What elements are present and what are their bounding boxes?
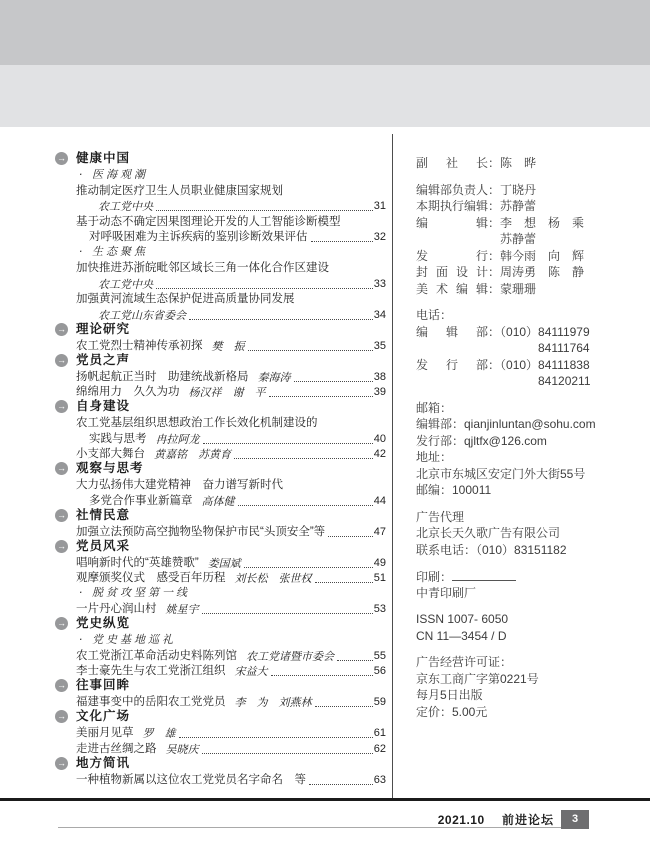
- masthead-colon: ：: [488, 325, 500, 339]
- toc-entry-title: 观摩颁奖仪式 感受百年历程: [76, 572, 226, 585]
- masthead-label: 发行: [416, 248, 488, 265]
- footer-journal-name: 前进论坛: [502, 813, 554, 827]
- toc-page-number: 33: [374, 278, 386, 291]
- toc-page-number: 56: [374, 665, 386, 678]
- masthead-continuation: 84120211: [416, 373, 606, 390]
- toc-entry: 观摩颁奖仪式 感受百年历程刘长松 张世权51: [55, 570, 386, 586]
- toc-section-header: →观察与思考: [55, 461, 386, 477]
- toc-entry-author: 吴晓庆: [166, 743, 199, 756]
- toc-entry: 推动制定医疗卫生人员职业健康国家规划: [55, 182, 386, 198]
- toc-entry-author: 宋益大: [235, 665, 268, 678]
- toc-entry: 一片丹心润山村姚星宇53: [55, 601, 386, 617]
- masthead-line: 联系电话：（010）83151182: [416, 542, 606, 559]
- toc-section-header: →党员风采: [55, 539, 386, 555]
- blank-underline: [452, 568, 516, 581]
- dot-leader: [311, 241, 373, 242]
- masthead-line: 广告代理: [416, 509, 606, 526]
- toc-entry: 大力弘扬伟大建党精神 奋力谱写新时代: [55, 477, 386, 493]
- arrow-right-circle-icon: →: [55, 710, 68, 723]
- masthead-line: 广告经营许可证：: [416, 654, 606, 671]
- toc-entry-title: 一种植物新属以这位农工党党员名字命名 等: [76, 774, 306, 787]
- toc-entry-title: 基于动态不确定因果图理论开发的人工智能诊断模型: [76, 216, 341, 229]
- toc-entry-author: 黄嘉铭 苏黄育: [154, 448, 231, 461]
- toc-entry-title: 扬帆起航正当时 助建统战新格局: [76, 371, 249, 384]
- masthead-value: 李 想 杨 乘: [500, 216, 584, 230]
- masthead-line: 北京长天久歌广告有限公司: [416, 525, 606, 542]
- toc-section-header: →理论研究: [55, 322, 386, 338]
- toc-entry-title: 福建事变中的岳阳农工党党员: [76, 696, 226, 709]
- masthead-colon: ：: [488, 199, 500, 213]
- toc-entry: 对呼吸困难为主诉疾病的鉴别诊断效果评估32: [55, 229, 386, 245]
- arrow-right-circle-icon: →: [55, 152, 68, 165]
- toc-entry-author: 冉拉阿龙: [156, 433, 200, 446]
- arrow-right-circle-icon: →: [55, 679, 68, 692]
- masthead-colon: ：: [488, 282, 500, 296]
- toc-page-number: 59: [374, 696, 386, 709]
- masthead-group: 电话：编辑部：（010）8411197984111764发行部：（010）841…: [416, 307, 606, 390]
- toc-entry-title: 农工党浙江革命活动史料陈列馆: [76, 650, 237, 663]
- masthead-value: 苏静蕾: [500, 199, 536, 213]
- toc-page-number: 44: [374, 495, 386, 508]
- dot-leader: [328, 536, 373, 537]
- toc-list: →健康中国· 医海观潮推动制定医疗卫生人员职业健康国家规划农工党中央31基于动态…: [55, 151, 386, 787]
- toc-section-header: →社情民意: [55, 508, 386, 524]
- toc-entry-author: 樊 振: [212, 340, 245, 353]
- toc-section-header: →地方简讯: [55, 756, 386, 772]
- toc-entry-title: 走进古丝绸之路: [76, 743, 157, 756]
- masthead-value: 蒙珊珊: [500, 282, 536, 296]
- masthead-label: 编辑: [416, 215, 488, 232]
- masthead-group: 印刷：中青印刷厂: [416, 568, 606, 601]
- masthead-column: 副社长：陈 晔编辑部负责人：丁晓丹本期执行编辑：苏静蕾编辑：李 想 杨 乘苏静蕾…: [416, 155, 606, 730]
- masthead-value: 韩今雨 向 辉: [500, 249, 584, 263]
- toc-entry: 农工党浙江革命活动史料陈列馆农工党诸暨市委会55: [55, 647, 386, 663]
- masthead-line: 副社长：陈 晔: [416, 155, 606, 172]
- masthead-value: 丁晓丹: [500, 183, 536, 197]
- masthead-line: 电话：: [416, 307, 606, 324]
- toc-subsection: · 医海观潮: [55, 167, 386, 183]
- dot-leader: [179, 737, 373, 738]
- toc-section-label: 往事回眸: [76, 679, 130, 692]
- toc-entry-author: 农工党中央: [98, 200, 153, 213]
- dot-leader: [202, 613, 373, 614]
- toc-section-header: →党史纵览: [55, 616, 386, 632]
- masthead-line: 封面设计：周涛勇 陈 静: [416, 264, 606, 281]
- toc-page-number: 55: [374, 650, 386, 663]
- masthead-label: 封面设计: [416, 264, 488, 281]
- dot-leader: [238, 505, 373, 506]
- dot-leader: [234, 458, 373, 459]
- toc-entry: 一种植物新属以这位农工党党员名字命名 等63: [55, 771, 386, 787]
- toc-entry-author: 李 为 刘燕林: [235, 696, 312, 709]
- toc-section-label: 党员风采: [76, 540, 130, 553]
- toc-entry: 多党合作事业新篇章高体健44: [55, 492, 386, 508]
- toc-entry: 走进古丝绸之路吴晓庆62: [55, 740, 386, 756]
- toc-entry: 绵绵用力 久久为功杨汉祥 谢 平39: [55, 384, 386, 400]
- toc-entry: 实践与思考冉拉阿龙40: [55, 430, 386, 446]
- arrow-right-circle-icon: →: [55, 323, 68, 336]
- toc-entry: 福建事变中的岳阳农工党党员李 为 刘燕林59: [55, 694, 386, 710]
- toc-entry: 加快推进苏浙皖毗邻区域长三角一体化合作区建设: [55, 260, 386, 276]
- dot-leader: [189, 319, 373, 320]
- masthead-colon: ：: [488, 249, 500, 263]
- toc-entry-title: 实践与思考: [89, 433, 147, 446]
- masthead-colon: ：: [488, 358, 500, 372]
- toc-entry-author: 姚星宇: [166, 603, 199, 616]
- dot-leader: [156, 210, 373, 211]
- toc-page-number: 63: [374, 774, 386, 787]
- masthead-label: 本期执行编辑: [416, 198, 488, 215]
- toc-section-label: 健康中国: [76, 152, 130, 165]
- toc-page-number: 39: [374, 386, 386, 399]
- masthead-colon: ：: [488, 216, 500, 230]
- dot-leader: [269, 396, 373, 397]
- toc-section-label: 社情民意: [76, 509, 130, 522]
- toc-page-number: 51: [374, 572, 386, 585]
- toc-page-number: 34: [374, 309, 386, 322]
- masthead-group: ISSN 1007- 6050CN 11—3454 / D: [416, 611, 606, 644]
- toc-entry-author: 农工党中央: [98, 278, 153, 291]
- masthead-value: 周涛勇 陈 静: [500, 265, 584, 279]
- toc-entry-author: 刘长松 张世权: [235, 572, 312, 585]
- masthead-line: 编辑：李 想 杨 乘: [416, 215, 606, 232]
- toc-entry: 农工党烈士精神传承初探樊 振35: [55, 337, 386, 353]
- masthead-colon: ：: [488, 265, 500, 279]
- dot-leader: [203, 443, 373, 444]
- arrow-right-circle-icon: →: [55, 354, 68, 367]
- toc-entry-author: 罗 雄: [143, 727, 176, 740]
- dot-leader: [202, 753, 373, 754]
- toc-section-label: 文化广场: [76, 710, 130, 723]
- toc-page-number: 49: [374, 557, 386, 570]
- toc-page-number: 62: [374, 743, 386, 756]
- toc-entry: 加强黄河流域生态保护促进高质量协同发展: [55, 291, 386, 307]
- toc-entry-title: 对呼吸困难为主诉疾病的鉴别诊断效果评估: [89, 231, 308, 244]
- masthead-label: 编辑部负责人: [416, 182, 488, 199]
- footer-issue: 2021.10: [438, 813, 485, 827]
- toc-entry-title: 农工党烈士精神传承初探: [76, 340, 203, 353]
- dot-leader: [248, 350, 373, 351]
- toc-entry: 农工党中央31: [55, 198, 386, 214]
- toc-entry-author: 娄国斌: [208, 557, 241, 570]
- dot-leader: [294, 381, 373, 382]
- toc-entry: 美丽月见草罗 雄61: [55, 725, 386, 741]
- toc-section-label: 党员之声: [76, 354, 130, 367]
- toc-page-number: 32: [374, 231, 386, 244]
- masthead-value: （010）84111979: [500, 325, 590, 339]
- masthead-group: 编辑部负责人：丁晓丹本期执行编辑：苏静蕾编辑：李 想 杨 乘苏静蕾发行：韩今雨 …: [416, 182, 606, 298]
- masthead-line: 邮箱：: [416, 400, 606, 417]
- masthead-value: （010）84111838: [500, 358, 590, 372]
- toc-page-number: 53: [374, 603, 386, 616]
- masthead-label: 编辑部: [416, 324, 488, 341]
- masthead-line: 中青印刷厂: [416, 585, 606, 602]
- arrow-right-circle-icon: →: [55, 509, 68, 522]
- masthead-line: 发行部：qjltfx@126.com: [416, 433, 606, 450]
- dot-leader: [315, 706, 373, 707]
- toc-entry-title: 唱响新时代的“英雄赞歌”: [76, 557, 199, 570]
- toc-entry: 农工党中央33: [55, 275, 386, 291]
- masthead-value: 陈 晔: [500, 156, 536, 170]
- toc-entry: 加强立法预防高空抛物坠物保护市民“头顶安全”等47: [55, 523, 386, 539]
- masthead-line: 编辑部：（010）84111979: [416, 324, 606, 341]
- arrow-right-circle-icon: →: [55, 400, 68, 413]
- magazine-toc-page: →健康中国· 医海观潮推动制定医疗卫生人员职业健康国家规划农工党中央31基于动态…: [0, 0, 650, 863]
- footer-text: 2021.10 前进论坛: [256, 811, 554, 828]
- masthead-line: 定价：5.00元: [416, 704, 606, 721]
- toc-entry-title: 一片丹心润山村: [76, 603, 157, 616]
- masthead-line: 编辑部负责人：丁晓丹: [416, 182, 606, 199]
- masthead-continuation: 苏静蕾: [416, 231, 606, 248]
- toc-section-label: 地方简讯: [76, 757, 130, 770]
- toc-entry-title: 加快推进苏浙皖毗邻区域长三角一体化合作区建设: [76, 262, 329, 275]
- header-band-light: [0, 65, 650, 127]
- dot-leader: [156, 288, 373, 289]
- toc-entry-title: 多党合作事业新篇章: [89, 495, 193, 508]
- toc-section-label: 理论研究: [76, 323, 130, 336]
- toc-section-label: 观察与思考: [76, 462, 144, 475]
- header-band-dark: [0, 0, 650, 65]
- masthead-line: ISSN 1007- 6050: [416, 611, 606, 628]
- toc-entry: 基于动态不确定因果图理论开发的人工智能诊断模型: [55, 213, 386, 229]
- toc-entry-title: 李士豪先生与农工党浙江组织: [76, 665, 226, 678]
- toc-page-number: 35: [374, 340, 386, 353]
- toc-entry-author: 农工党山东省委会: [98, 309, 186, 322]
- toc-entry: 唱响新时代的“英雄赞歌”娄国斌49: [55, 554, 386, 570]
- arrow-right-circle-icon: →: [55, 757, 68, 770]
- toc-section-header: →文化广场: [55, 709, 386, 725]
- toc-entry-title: 加强黄河流域生态保护促进高质量协同发展: [76, 293, 295, 306]
- toc-entry-title: 大力弘扬伟大建党精神 奋力谱写新时代: [76, 479, 283, 492]
- bottom-rule: [0, 798, 650, 801]
- toc-entry-title: 小支部大舞台: [76, 448, 145, 461]
- masthead-colon: ：: [488, 156, 500, 170]
- masthead-label: 副社长: [416, 155, 488, 172]
- toc-page-number: 42: [374, 448, 386, 461]
- dot-leader: [244, 567, 373, 568]
- masthead-line: 发行部：（010）84111838: [416, 357, 606, 374]
- toc-subsection: · 生态聚焦: [55, 244, 386, 260]
- masthead-continuation: 84111764: [416, 340, 606, 357]
- masthead-line: 北京市东城区安定门外大街55号: [416, 466, 606, 483]
- toc-entry-title: 加强立法预防高空抛物坠物保护市民“头顶安全”等: [76, 526, 325, 539]
- toc-entry: 农工党山东省委会34: [55, 306, 386, 322]
- toc-section-header: →往事回眸: [55, 678, 386, 694]
- dot-leader: [337, 660, 373, 661]
- toc-section-label: 党史纵览: [76, 617, 130, 630]
- toc-section-header: →健康中国: [55, 151, 386, 167]
- masthead-line: 每月5日出版: [416, 687, 606, 704]
- page-number-badge: 3: [561, 810, 589, 829]
- toc-page-number: 38: [374, 371, 386, 384]
- toc-subsection: · 党史基地巡礼: [55, 632, 386, 648]
- toc-section-header: →自身建设: [55, 399, 386, 415]
- masthead-colon: ：: [488, 183, 500, 197]
- toc-page-number: 61: [374, 727, 386, 740]
- toc-entry: 扬帆起航正当时 助建统战新格局秦海涛38: [55, 368, 386, 384]
- masthead-line: 编辑部：qianjinluntan@sohu.com: [416, 416, 606, 433]
- toc-entry-title: 绵绵用力 久久为功: [76, 386, 180, 399]
- masthead-label: 发行部: [416, 357, 488, 374]
- toc-entry: 李士豪先生与农工党浙江组织宋益大56: [55, 663, 386, 679]
- masthead-line: 美术编辑：蒙珊珊: [416, 281, 606, 298]
- arrow-right-circle-icon: →: [55, 540, 68, 553]
- toc-entry-author: 秦海涛: [258, 371, 291, 384]
- toc-section-header: →党员之声: [55, 353, 386, 369]
- toc-entry-author: 高体健: [202, 495, 235, 508]
- masthead-line: 印刷：: [416, 568, 606, 585]
- masthead-group: 邮箱：编辑部：qianjinluntan@sohu.com发行部：qjltfx@…: [416, 400, 606, 499]
- masthead-line: CN 11—3454 / D: [416, 628, 606, 645]
- masthead-label: 美术编辑: [416, 281, 488, 298]
- masthead-group: 广告经营许可证：京东工商广字第0221号每月5日出版定价：5.00元: [416, 654, 606, 720]
- dot-leader: [309, 784, 373, 785]
- masthead-line: 本期执行编辑：苏静蕾: [416, 198, 606, 215]
- toc-page-number: 40: [374, 433, 386, 446]
- toc-subsection: · 脱贫攻坚第一线: [55, 585, 386, 601]
- dot-leader: [315, 582, 373, 583]
- toc-entry-title: 推动制定医疗卫生人员职业健康国家规划: [76, 185, 283, 198]
- toc-entry: 小支部大舞台黄嘉铭 苏黄育42: [55, 446, 386, 462]
- dot-leader: [271, 675, 373, 676]
- masthead-line: 邮编：100011: [416, 482, 606, 499]
- toc-section-label: 自身建设: [76, 400, 130, 413]
- masthead-line: 京东工商广字第0221号: [416, 671, 606, 688]
- toc-entry-author: 杨汉祥 谢 平: [189, 386, 266, 399]
- toc-page-number: 47: [374, 526, 386, 539]
- arrow-right-circle-icon: →: [55, 617, 68, 630]
- masthead-group: 副社长：陈 晔: [416, 155, 606, 172]
- toc-entry-title: 美丽月见草: [76, 727, 134, 740]
- arrow-right-circle-icon: →: [55, 462, 68, 475]
- toc-entry-author: 农工党诸暨市委会: [246, 650, 334, 663]
- toc-entry-title: 农工党基层组织思想政治工作长效化机制建设的: [76, 417, 318, 430]
- masthead-line: 发行：韩今雨 向 辉: [416, 248, 606, 265]
- column-divider-line: [392, 134, 393, 798]
- toc-page-number: 31: [374, 200, 386, 213]
- masthead-group: 广告代理北京长天久歌广告有限公司联系电话：（010）83151182: [416, 509, 606, 559]
- toc-entry: 农工党基层组织思想政治工作长效化机制建设的: [55, 415, 386, 431]
- masthead-line: 地址：: [416, 449, 606, 466]
